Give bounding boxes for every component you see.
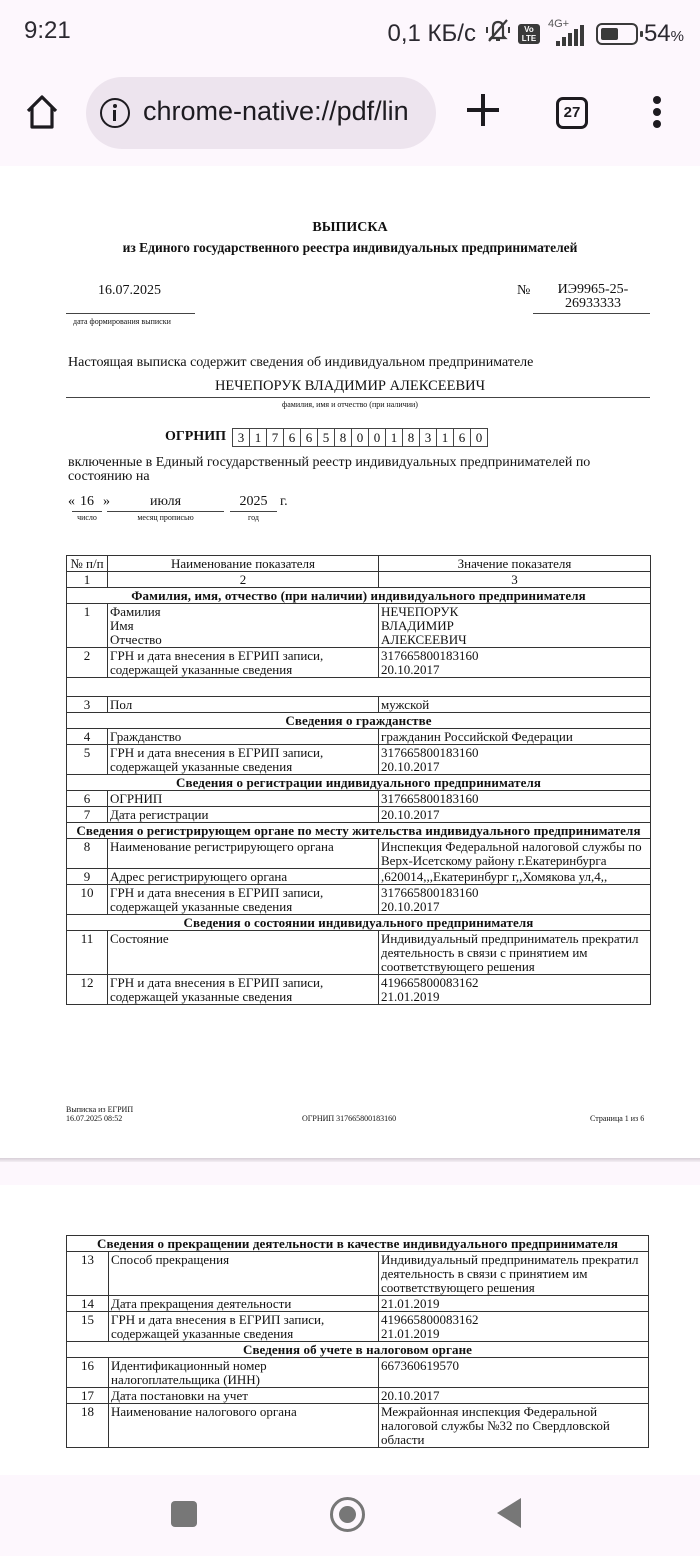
url-text[interactable]: chrome-native://pdf/lin (143, 96, 409, 127)
network-speed: 0,1 КБ/с (388, 20, 476, 48)
indicator-name: ГРН и дата внесения в ЕГРИП записи, соде… (108, 648, 379, 678)
tab-switcher-button[interactable]: 27 (556, 97, 588, 129)
empty-row (67, 678, 651, 697)
indicator-value: мужской (379, 697, 651, 713)
signal-4g-icon: 4G+ (546, 20, 590, 48)
year-underline (230, 511, 277, 512)
table-row: 17Дата постановки на учет20.10.2017 (67, 1388, 649, 1404)
status-time: 9:21 (24, 17, 71, 45)
table-row: 9Адрес регистрирующего органа,620014,,,Е… (67, 869, 651, 885)
address-bar[interactable]: chrome-native://pdf/lin (86, 77, 436, 149)
row-number: 17 (67, 1388, 109, 1404)
indicator-name: Адрес регистрирующего органа (108, 869, 379, 885)
day-caption: число (72, 513, 102, 522)
table-header-row: № п/п Наименование показателя Значение п… (67, 556, 651, 572)
section-title: Сведения о состоянии индивидуального пре… (67, 915, 651, 931)
table-row: 6ОГРНИП317665800183160 (67, 791, 651, 807)
ogrnip-digit-box: 3 (233, 428, 250, 447)
row-number: 9 (67, 869, 108, 885)
section-title: Сведения об учете в налоговом органе (67, 1342, 649, 1358)
indicator-name: ГРН и дата внесения в ЕГРИП записи, соде… (109, 1312, 379, 1342)
status-icons: 0,1 КБ/с VoLTE 4G+ 54% (388, 17, 684, 50)
page-separator (0, 1158, 700, 1162)
table-row: 12ГРН и дата внесения в ЕГРИП записи, со… (67, 975, 651, 1005)
ogrnip-digit-box: 0 (471, 428, 488, 447)
indicator-value: Межрайонная инспекция Федеральной налого… (379, 1404, 649, 1448)
row-number: 8 (67, 839, 108, 869)
table-row: 8Наименование регистрирующего органаИнсп… (67, 839, 651, 869)
name-caption: фамилия, имя и отчество (при наличии) (0, 400, 700, 409)
table-row: 2ГРН и дата внесения в ЕГРИП записи, сод… (67, 648, 651, 678)
indicator-name: Фамилия Имя Отчество (108, 604, 379, 648)
section-header-row: Сведения о гражданстве (67, 713, 651, 729)
ogrnip-digit-box: 1 (437, 428, 454, 447)
system-nav-bar (0, 1475, 700, 1556)
mute-vibrate-icon (484, 17, 512, 50)
column-number-2: 2 (108, 572, 379, 588)
indicator-value: Индивидуальный предприниматель прекратил… (379, 1252, 649, 1296)
footer-left: Выписка из ЕГРИП 16.07.2025 08:52 (66, 1105, 133, 1123)
indicator-value: НЕЧЕПОРУК ВЛАДИМИР АЛЕКСЕЕВИЧ (379, 604, 651, 648)
status-bar: 9:21 0,1 КБ/с VoLTE 4G+ 54% (0, 0, 700, 64)
footer-doc-name: Выписка из ЕГРИП (66, 1105, 133, 1114)
indicator-name: ОГРНИП (108, 791, 379, 807)
included-text: включенные в Единый государственный реес… (68, 456, 628, 484)
table-row: 16Идентификационный номер налогоплательщ… (67, 1358, 649, 1388)
ogrnip-digit-box: 0 (369, 428, 386, 447)
row-number: 1 (67, 604, 108, 648)
ogrnip-digit-boxes: 317665800183160 (232, 428, 488, 447)
indicator-name: Пол (108, 697, 379, 713)
ogrnip-digit-box: 1 (386, 428, 403, 447)
more-menu-button[interactable] (650, 96, 664, 130)
new-tab-button[interactable] (462, 89, 504, 131)
ogrnip-label: ОГРНИП (165, 429, 226, 445)
number-underline (533, 313, 650, 314)
day-underline (72, 511, 102, 512)
table-row: 7Дата регистрации20.10.2017 (67, 807, 651, 823)
back-button[interactable] (497, 1498, 521, 1528)
indicator-value: 667360619570 (379, 1358, 649, 1388)
pdf-page-2: Сведения о прекращении деятельности в ка… (0, 1185, 700, 1475)
section-title: Сведения о прекращении деятельности в ка… (67, 1236, 649, 1252)
table-row: 4Гражданствогражданин Российской Федерац… (67, 729, 651, 745)
indicator-value: 419665800083162 21.01.2019 (379, 1312, 649, 1342)
table-row: 3Полмужской (67, 697, 651, 713)
state-year: 2025 (230, 494, 277, 510)
row-number: 7 (67, 807, 108, 823)
table-row: 5ГРН и дата внесения в ЕГРИП записи, сод… (67, 745, 651, 775)
statement-date: 16.07.2025 (98, 283, 161, 299)
indicator-value: 317665800183160 20.10.2017 (379, 885, 651, 915)
ogrnip-digit-box: 7 (267, 428, 284, 447)
section-title: Сведения о гражданстве (67, 713, 651, 729)
home-nav-button[interactable] (330, 1497, 365, 1532)
section-header-row: Фамилия, имя, отчество (при наличии) инд… (67, 588, 651, 604)
volte-icon: VoLTE (518, 24, 540, 44)
section-header-row: Сведения о прекращении деятельности в ка… (67, 1236, 649, 1252)
section-title: Сведения о регистрации индивидуального п… (67, 775, 651, 791)
home-icon (22, 92, 62, 132)
row-number: 4 (67, 729, 108, 745)
indicator-name: ГРН и дата внесения в ЕГРИП записи, соде… (108, 975, 379, 1005)
table-row: 1Фамилия Имя ОтчествоНЕЧЕПОРУК ВЛАДИМИР … (67, 604, 651, 648)
section-header-row: Сведения о регистрирующем органе по мест… (67, 823, 651, 839)
indicator-value: Индивидуальный предприниматель прекратил… (379, 931, 651, 975)
indicator-value: 21.01.2019 (379, 1296, 649, 1312)
row-number: 2 (67, 648, 108, 678)
date-underline (66, 313, 195, 314)
table-row: 13Способ прекращенияИндивидуальный предп… (67, 1252, 649, 1296)
indicator-name: Дата регистрации (108, 807, 379, 823)
battery-icon (596, 23, 638, 45)
indicator-value: 317665800183160 20.10.2017 (379, 745, 651, 775)
egrip-table-page-2: Сведения о прекращении деятельности в ка… (66, 1235, 649, 1448)
intro-text: Настоящая выписка содержит сведения об и… (68, 355, 533, 371)
indicator-value: 419665800083162 21.01.2019 (379, 975, 651, 1005)
year-caption: год (230, 513, 277, 522)
section-title: Фамилия, имя, отчество (при наличии) инд… (67, 588, 651, 604)
egrip-table-page-1: № п/п Наименование показателя Значение п… (66, 555, 651, 1005)
section-header-row: Сведения о регистрации индивидуального п… (67, 775, 651, 791)
entrepreneur-name: НЕЧЕПОРУК ВЛАДИМИР АЛЕКСЕЕВИЧ (0, 378, 700, 395)
recents-button[interactable] (171, 1501, 197, 1527)
table-row: 15ГРН и дата внесения в ЕГРИП записи, со… (67, 1312, 649, 1342)
month-caption: месяц прописью (107, 513, 224, 522)
indicator-value: 317665800183160 (379, 791, 651, 807)
browser-toolbar: chrome-native://pdf/lin 27 (0, 64, 700, 160)
name-underline (66, 397, 650, 398)
indicator-value: 20.10.2017 (379, 1388, 649, 1404)
home-button[interactable] (22, 92, 62, 132)
row-number: 16 (67, 1358, 109, 1388)
open-quote: « (68, 494, 75, 510)
header-col-number: № п/п (67, 556, 108, 572)
table-row: 18Наименование налогового органаМежрайон… (67, 1404, 649, 1448)
ogrnip-digit-box: 6 (284, 428, 301, 447)
row-number: 13 (67, 1252, 109, 1296)
indicator-name: Состояние (108, 931, 379, 975)
row-number: 12 (67, 975, 108, 1005)
indicator-name: ГРН и дата внесения в ЕГРИП записи, соде… (108, 745, 379, 775)
document-subtitle: из Единого государственного реестра инди… (0, 240, 700, 256)
info-icon[interactable] (100, 98, 130, 128)
statement-number: ИЭ9965-25-26933333 (548, 283, 638, 311)
row-number: 18 (67, 1404, 109, 1448)
table-row: 11СостояниеИндивидуальный предпринимател… (67, 931, 651, 975)
header-col-name: Наименование показателя (108, 556, 379, 572)
header-col-value: Значение показателя (379, 556, 651, 572)
row-number: 5 (67, 745, 108, 775)
indicator-name: Идентификационный номер налогоплательщик… (109, 1358, 379, 1388)
column-number-1: 1 (67, 572, 108, 588)
state-day: 16 (80, 494, 94, 510)
indicator-value: 317665800183160 20.10.2017 (379, 648, 651, 678)
more-vert-icon (653, 96, 661, 104)
ogrnip-digit-box: 8 (335, 428, 352, 447)
state-month: июля (107, 494, 224, 510)
ogrnip-digit-box: 8 (403, 428, 420, 447)
footer-timestamp: 16.07.2025 08:52 (66, 1114, 133, 1123)
row-number: 3 (67, 697, 108, 713)
row-number: 6 (67, 791, 108, 807)
empty-cell (67, 678, 651, 697)
row-number: 11 (67, 931, 108, 975)
statement-date-caption: дата формирования выписки (73, 317, 171, 326)
pdf-page-1: ВЫПИСКА из Единого государственного реес… (0, 166, 700, 1158)
indicator-name: ГРН и дата внесения в ЕГРИП записи, соде… (108, 885, 379, 915)
section-header-row: Сведения о состоянии индивидуального пре… (67, 915, 651, 931)
ogrnip-digit-box: 5 (318, 428, 335, 447)
document-title: ВЫПИСКА (0, 220, 700, 236)
ogrnip-digit-box: 0 (352, 428, 369, 447)
section-title: Сведения о регистрирующем органе по мест… (67, 823, 651, 839)
row-number: 14 (67, 1296, 109, 1312)
year-suffix: г. (280, 494, 288, 510)
month-underline (107, 511, 224, 512)
ogrnip-digit-box: 6 (301, 428, 318, 447)
indicator-name: Способ прекращения (109, 1252, 379, 1296)
indicator-name: Дата постановки на учет (109, 1388, 379, 1404)
indicator-name: Наименование налогового органа (109, 1404, 379, 1448)
table-row: 14Дата прекращения деятельности21.01.201… (67, 1296, 649, 1312)
indicator-name: Гражданство (108, 729, 379, 745)
indicator-value: Инспекция Федеральной налоговой службы п… (379, 839, 651, 869)
number-sign: № (517, 283, 530, 299)
ogrnip-digit-box: 6 (454, 428, 471, 447)
battery-percent: 54% (644, 20, 684, 48)
row-number: 15 (67, 1312, 109, 1342)
table-column-numbers-row: 1 2 3 (67, 572, 651, 588)
indicator-name: Наименование регистрирующего органа (108, 839, 379, 869)
indicator-name: Дата прекращения деятельности (109, 1296, 379, 1312)
indicator-value: гражданин Российской Федерации (379, 729, 651, 745)
footer-ogrnip: ОГРНИП 317665800183160 (302, 1114, 396, 1123)
row-number: 10 (67, 885, 108, 915)
table-row: 10ГРН и дата внесения в ЕГРИП записи, со… (67, 885, 651, 915)
indicator-value: 20.10.2017 (379, 807, 651, 823)
column-number-3: 3 (379, 572, 651, 588)
section-header-row: Сведения об учете в налоговом органе (67, 1342, 649, 1358)
footer-page-number: Страница 1 из 6 (590, 1114, 644, 1123)
ogrnip-digit-box: 1 (250, 428, 267, 447)
indicator-value: ,620014,,,Екатеринбург г,,Хомякова ул,4,… (379, 869, 651, 885)
ogrnip-digit-box: 3 (420, 428, 437, 447)
